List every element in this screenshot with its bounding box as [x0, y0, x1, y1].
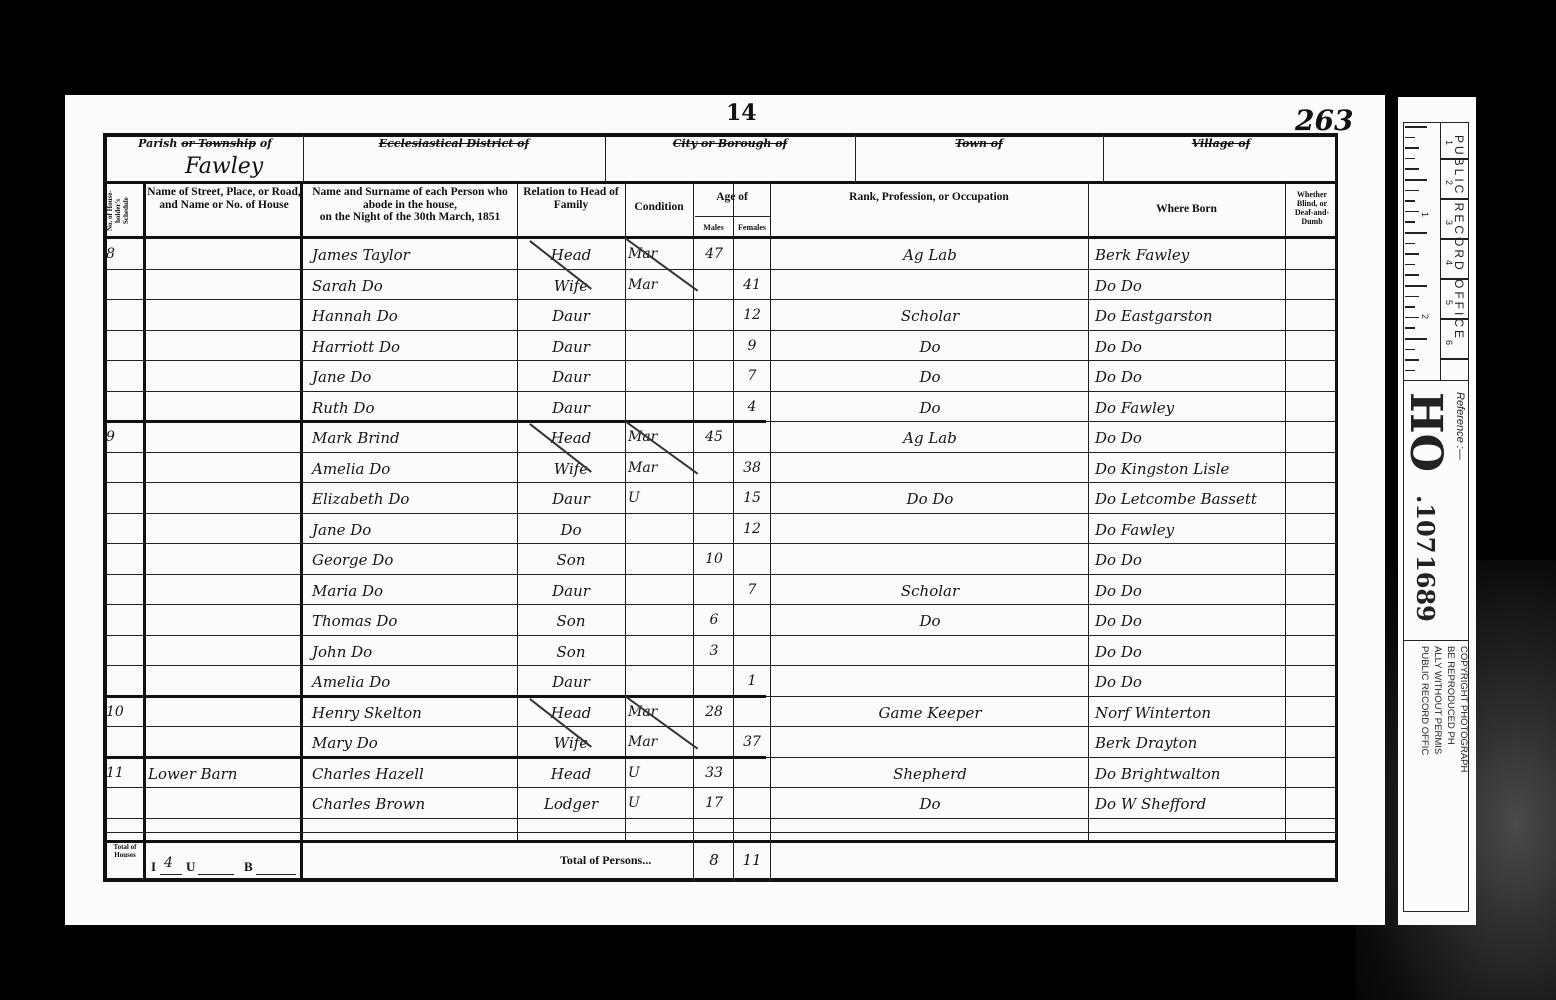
col-condition: Condition: [627, 201, 691, 214]
row-line: [106, 299, 1336, 300]
ruler-tick: [1405, 158, 1415, 160]
ruler-tick: [1405, 126, 1427, 128]
cell-street: Lower Barn: [148, 765, 300, 783]
household-divider: [106, 695, 766, 698]
cell-name: Sarah Do: [312, 277, 516, 295]
divider: [605, 135, 606, 183]
ruler-cm-label: 4: [1444, 260, 1454, 265]
row-line: [106, 787, 1336, 788]
cell-born: Do Do: [1095, 338, 1285, 356]
village-label: Village of: [1106, 137, 1336, 181]
cell-relation: Daur: [520, 399, 622, 417]
divider: [770, 840, 771, 882]
cell-relation: Daur: [520, 673, 622, 691]
col-schedule: No. of House-holder's Schedule: [106, 189, 142, 233]
totals-divider: [103, 840, 1338, 843]
cell-schedule: 9: [106, 429, 144, 445]
cell-name: George Do: [312, 551, 516, 569]
row-line: [106, 635, 1336, 636]
ruler-tick: [1405, 338, 1427, 340]
ruler-inch-label: 1: [1420, 212, 1430, 217]
col-occupation: Rank, Profession, or Occupation: [772, 191, 1086, 204]
cell-male: 45: [695, 429, 733, 445]
divider: [693, 840, 694, 882]
column-divider: [625, 183, 626, 840]
col-relation: Relation to Head of Family: [519, 186, 623, 211]
cell-name: Hannah Do: [312, 307, 516, 325]
ruler-tick: [1405, 221, 1415, 223]
ruler-tick: [1405, 370, 1415, 372]
total-persons-label: Total of Persons...: [560, 853, 651, 868]
ruler-cm-tick: [1440, 278, 1468, 280]
cell-relation: Daur: [520, 490, 622, 508]
col-females: Females: [735, 223, 769, 232]
cell-born: Do Brightwalton: [1095, 765, 1285, 783]
cell-born: Do Do: [1095, 368, 1285, 386]
cell-female: 7: [735, 368, 769, 384]
cell-name: Ruth Do: [312, 399, 516, 417]
ruler-tick: [1405, 285, 1427, 287]
cell-relation: Daur: [520, 582, 622, 600]
column-divider: [300, 183, 303, 840]
cell-schedule: 8: [106, 246, 144, 262]
cell-name: Charles Hazell: [312, 765, 516, 783]
cell-male: 3: [695, 643, 733, 659]
ruler-cm-label: 2: [1444, 180, 1454, 185]
reference-series-prefix: HO: [1400, 392, 1451, 472]
cell-name: Harriott Do: [312, 338, 516, 356]
ruler-cm-tick: [1440, 358, 1468, 360]
row-line: [106, 832, 1336, 833]
cell-name: James Taylor: [312, 246, 516, 264]
ruler-tick: [1405, 359, 1419, 361]
household-divider: [106, 756, 766, 759]
underline: [256, 874, 296, 875]
col-name: Name and Surname of each Person who abod…: [305, 186, 515, 224]
cell-female: 9: [735, 338, 769, 354]
ruler-tick: [1405, 179, 1427, 181]
cell-occupation: Scholar: [775, 582, 1085, 600]
row-line: [106, 665, 1336, 666]
cell-relation: Son: [520, 551, 622, 569]
cell-born: Do W Shefford: [1095, 795, 1285, 813]
inhabited-prefix: I: [151, 859, 156, 875]
cell-male: 17: [695, 795, 733, 811]
column-divider: [1285, 183, 1286, 840]
row-line: [106, 604, 1336, 605]
column-divider: [1088, 183, 1089, 840]
cell-occupation: Do: [775, 795, 1085, 813]
cell-occupation: Do: [775, 612, 1085, 630]
ruler-divider: [1440, 122, 1441, 380]
cell-name: Mary Do: [312, 734, 516, 752]
cell-name: Jane Do: [312, 521, 516, 539]
copyright-line: ALLY WITHOUT PERMIS: [1432, 646, 1443, 754]
cell-name: Mark Brind: [312, 429, 516, 447]
strip-divider: [1403, 640, 1469, 641]
ecclesiastical-label: Ecclesiastical District of: [306, 137, 602, 181]
cell-condition: U: [628, 490, 692, 506]
ruler-cm-tick: [1440, 158, 1468, 160]
divider: [733, 840, 734, 882]
cell-relation: Head: [520, 765, 622, 783]
cell-occupation: Do: [775, 399, 1085, 417]
cell-condition: U: [628, 795, 692, 811]
row-line: [106, 726, 1336, 727]
uninhabited-prefix: U: [186, 859, 195, 875]
ruler-cm-tick: [1440, 318, 1468, 320]
cell-born: Do Fawley: [1095, 521, 1285, 539]
row-line: [106, 818, 1336, 819]
cell-name: Amelia Do: [312, 673, 516, 691]
ruler-tick: [1405, 306, 1415, 308]
cell-born: Berk Drayton: [1095, 734, 1285, 752]
cell-occupation: Game Keeper: [775, 704, 1085, 722]
ruler-cm-label: 3: [1444, 220, 1454, 225]
col-street: Name of Street, Place, or Road, and Name…: [147, 186, 301, 211]
underline: [198, 874, 234, 875]
ruler-cm-tick: [1440, 238, 1468, 240]
cell-female: 7: [735, 582, 769, 598]
cell-name: Charles Brown: [312, 795, 516, 813]
parish-value: Fawley: [185, 154, 263, 179]
row-line: [106, 513, 1336, 514]
column-divider: [770, 183, 771, 840]
cell-born: Norf Winterton: [1095, 704, 1285, 722]
total-males: 8: [697, 851, 731, 869]
cell-born: Do Letcombe Bassett: [1095, 490, 1285, 508]
cell-female: 15: [735, 490, 769, 506]
ruler-tick: [1405, 253, 1419, 255]
cell-female: 38: [735, 460, 769, 476]
cell-born: Do Do: [1095, 582, 1285, 600]
cell-born: Do Do: [1095, 277, 1285, 295]
cell-occupation: Do Do: [775, 490, 1085, 508]
cell-schedule: 11: [106, 765, 144, 781]
ruler-cm-tick: [1440, 198, 1468, 200]
divider: [1103, 135, 1104, 183]
cell-name: Thomas Do: [312, 612, 516, 630]
ruler-tick: [1405, 168, 1419, 170]
ruler-tick: [1405, 137, 1415, 139]
cell-female: 4: [735, 399, 769, 415]
cell-name: Amelia Do: [312, 460, 516, 478]
cell-name: Elizabeth Do: [312, 490, 516, 508]
reference-label: Reference :—: [1454, 392, 1466, 460]
ruler-tick: [1405, 317, 1419, 319]
cell-name: Maria Do: [312, 582, 516, 600]
column-divider: [693, 183, 694, 840]
cell-relation: Son: [520, 612, 622, 630]
cell-born: Do Do: [1095, 612, 1285, 630]
cell-schedule: 10: [106, 704, 144, 720]
cell-male: 28: [695, 704, 733, 720]
reference-series: .107: [1411, 495, 1440, 553]
divider: [143, 840, 146, 882]
header-divider: [103, 236, 1338, 239]
cell-born: Do Eastgarston: [1095, 307, 1285, 325]
ruler-tick: [1405, 243, 1415, 245]
ruler-tick: [1405, 327, 1415, 329]
cell-relation: Lodger: [520, 795, 622, 813]
cell-born: Do Do: [1095, 429, 1285, 447]
ruler-tick: [1405, 147, 1419, 149]
ruler-cm-label: 6: [1444, 340, 1454, 345]
ruler-inch-label: 2: [1420, 314, 1430, 319]
cell-name: Jane Do: [312, 368, 516, 386]
cell-relation: Wife: [520, 460, 622, 478]
col-born: Where Born: [1090, 203, 1283, 216]
cell-born: Do Do: [1095, 551, 1285, 569]
cell-occupation: Ag Lab: [775, 429, 1085, 447]
cell-born: Do Do: [1095, 673, 1285, 691]
cell-occupation: Ag Lab: [775, 246, 1085, 264]
col-age: Age of: [695, 191, 769, 204]
cell-born: Do Kingston Lisle: [1095, 460, 1285, 478]
cell-male: 10: [695, 551, 733, 567]
cell-male: 47: [695, 246, 733, 262]
copyright-line: PUBLIC RECORD OFFIC: [1419, 646, 1430, 755]
row-line: [106, 330, 1336, 331]
cell-male: 6: [695, 612, 733, 628]
cell-occupation: Shepherd: [775, 765, 1085, 783]
underline: [160, 874, 182, 875]
row-line: [106, 482, 1336, 483]
cell-relation: Wife: [520, 277, 622, 295]
cell-name: Henry Skelton: [312, 704, 516, 722]
divider: [300, 840, 303, 882]
inhabited-count: 4: [164, 855, 173, 871]
cell-relation: Daur: [520, 307, 622, 325]
ruler-tick: [1405, 264, 1415, 266]
reference-piece: 1689: [1411, 555, 1440, 622]
cell-relation: Son: [520, 643, 622, 661]
cell-relation: Do: [520, 521, 622, 539]
cell-relation: Daur: [520, 368, 622, 386]
row-line: [106, 452, 1336, 453]
cell-female: 12: [735, 521, 769, 537]
row-line: [106, 360, 1336, 361]
cell-male: 33: [695, 765, 733, 781]
cell-born: Berk Fawley: [1095, 246, 1285, 264]
ruler-cm-label: 1: [1444, 140, 1454, 145]
cell-relation: Wife: [520, 734, 622, 752]
cell-relation: Head: [520, 429, 622, 447]
cell-female: 12: [735, 307, 769, 323]
cell-occupation: Do: [775, 338, 1085, 356]
col-males: Males: [695, 223, 732, 232]
total-houses-label: Total of Houses: [106, 843, 144, 859]
row-line: [106, 574, 1336, 575]
col-blind: Whether Blind, or Deaf-and-Dumb: [1287, 190, 1337, 226]
ruler-tick: [1405, 274, 1419, 276]
town-label: Town of: [858, 137, 1100, 181]
city-label: City or Borough of: [608, 137, 852, 181]
row-line: [106, 391, 1336, 392]
ruler-tick: [1405, 232, 1427, 234]
column-divider: [733, 183, 734, 840]
cell-occupation: Scholar: [775, 307, 1085, 325]
cell-born: Do Fawley: [1095, 399, 1285, 417]
cell-female: 41: [735, 277, 769, 293]
row-line: [106, 269, 1336, 270]
copyright-line: COPYRIGHT PHOTOGRAPH: [1458, 646, 1469, 772]
building-prefix: B: [244, 859, 253, 875]
cell-relation: Head: [520, 704, 622, 722]
ruler-tick: [1405, 349, 1415, 351]
cell-relation: Head: [520, 246, 622, 264]
cell-female: 1: [735, 673, 769, 689]
divider: [855, 135, 856, 183]
cell-female: 37: [735, 734, 769, 750]
copyright-line: BE REPRODUCED PH: [1445, 646, 1456, 745]
divider: [303, 135, 304, 183]
column-divider: [517, 183, 518, 840]
cell-name: John Do: [312, 643, 516, 661]
cell-relation: Daur: [520, 338, 622, 356]
ruler-tick: [1405, 296, 1419, 298]
column-divider: [143, 183, 146, 840]
cell-occupation: Do: [775, 368, 1085, 386]
household-divider: [106, 420, 766, 423]
row-line: [106, 543, 1336, 544]
ruler-tick: [1405, 190, 1419, 192]
ruler-tick: [1405, 211, 1419, 213]
header-divider: [103, 181, 1338, 184]
cell-condition: U: [628, 765, 692, 781]
page-number: 14: [726, 100, 757, 126]
cell-born: Do Do: [1095, 643, 1285, 661]
ruler-cm-label: 5: [1444, 300, 1454, 305]
total-females: 11: [736, 851, 768, 869]
ruler-tick: [1405, 200, 1415, 202]
